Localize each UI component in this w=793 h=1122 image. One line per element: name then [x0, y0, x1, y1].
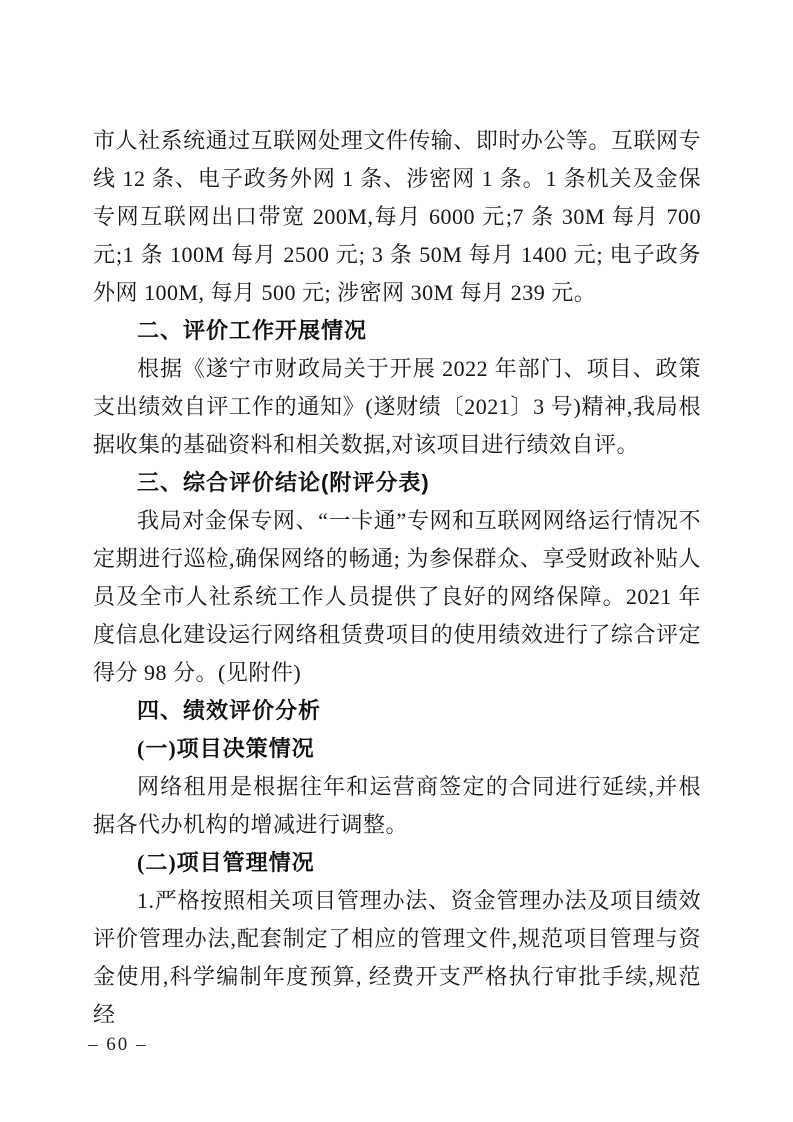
- page-number: – 60 –: [88, 1034, 148, 1056]
- body-paragraph: 根据《遂宁市财政局关于开展 2022 年部门、项目、政策支出绩效自评工作的通知》…: [93, 350, 701, 464]
- document-content: 市人社系统通过互联网处理文件传输、即时办公等。互联网专线 12 条、电子政务外网…: [93, 122, 701, 1034]
- body-paragraph-continuation: 市人社系统通过互联网处理文件传输、即时办公等。互联网专线 12 条、电子政务外网…: [93, 122, 701, 312]
- body-paragraph: 我局对金保专网、“一卡通”专网和互联网网络运行情况不定期进行巡检,确保网络的畅通…: [93, 502, 701, 692]
- sub-heading-2: (二)项目管理情况: [93, 844, 701, 882]
- document-page: 市人社系统通过互联网处理文件传输、即时办公等。互联网专线 12 条、电子政务外网…: [0, 0, 793, 1122]
- section-heading-4: 四、绩效评价分析: [93, 692, 701, 730]
- body-paragraph: 网络租用是根据往年和运营商签定的合同进行延续,并根据各代办机构的增减进行调整。: [93, 768, 701, 844]
- sub-heading-1: (一)项目决策情况: [93, 730, 701, 768]
- section-heading-3: 三、综合评价结论(附评分表): [93, 464, 701, 502]
- body-paragraph: 1.严格按照相关项目管理办法、资金管理办法及项目绩效评价管理办法,配套制定了相应…: [93, 882, 701, 1034]
- section-heading-2: 二、评价工作开展情况: [93, 312, 701, 350]
